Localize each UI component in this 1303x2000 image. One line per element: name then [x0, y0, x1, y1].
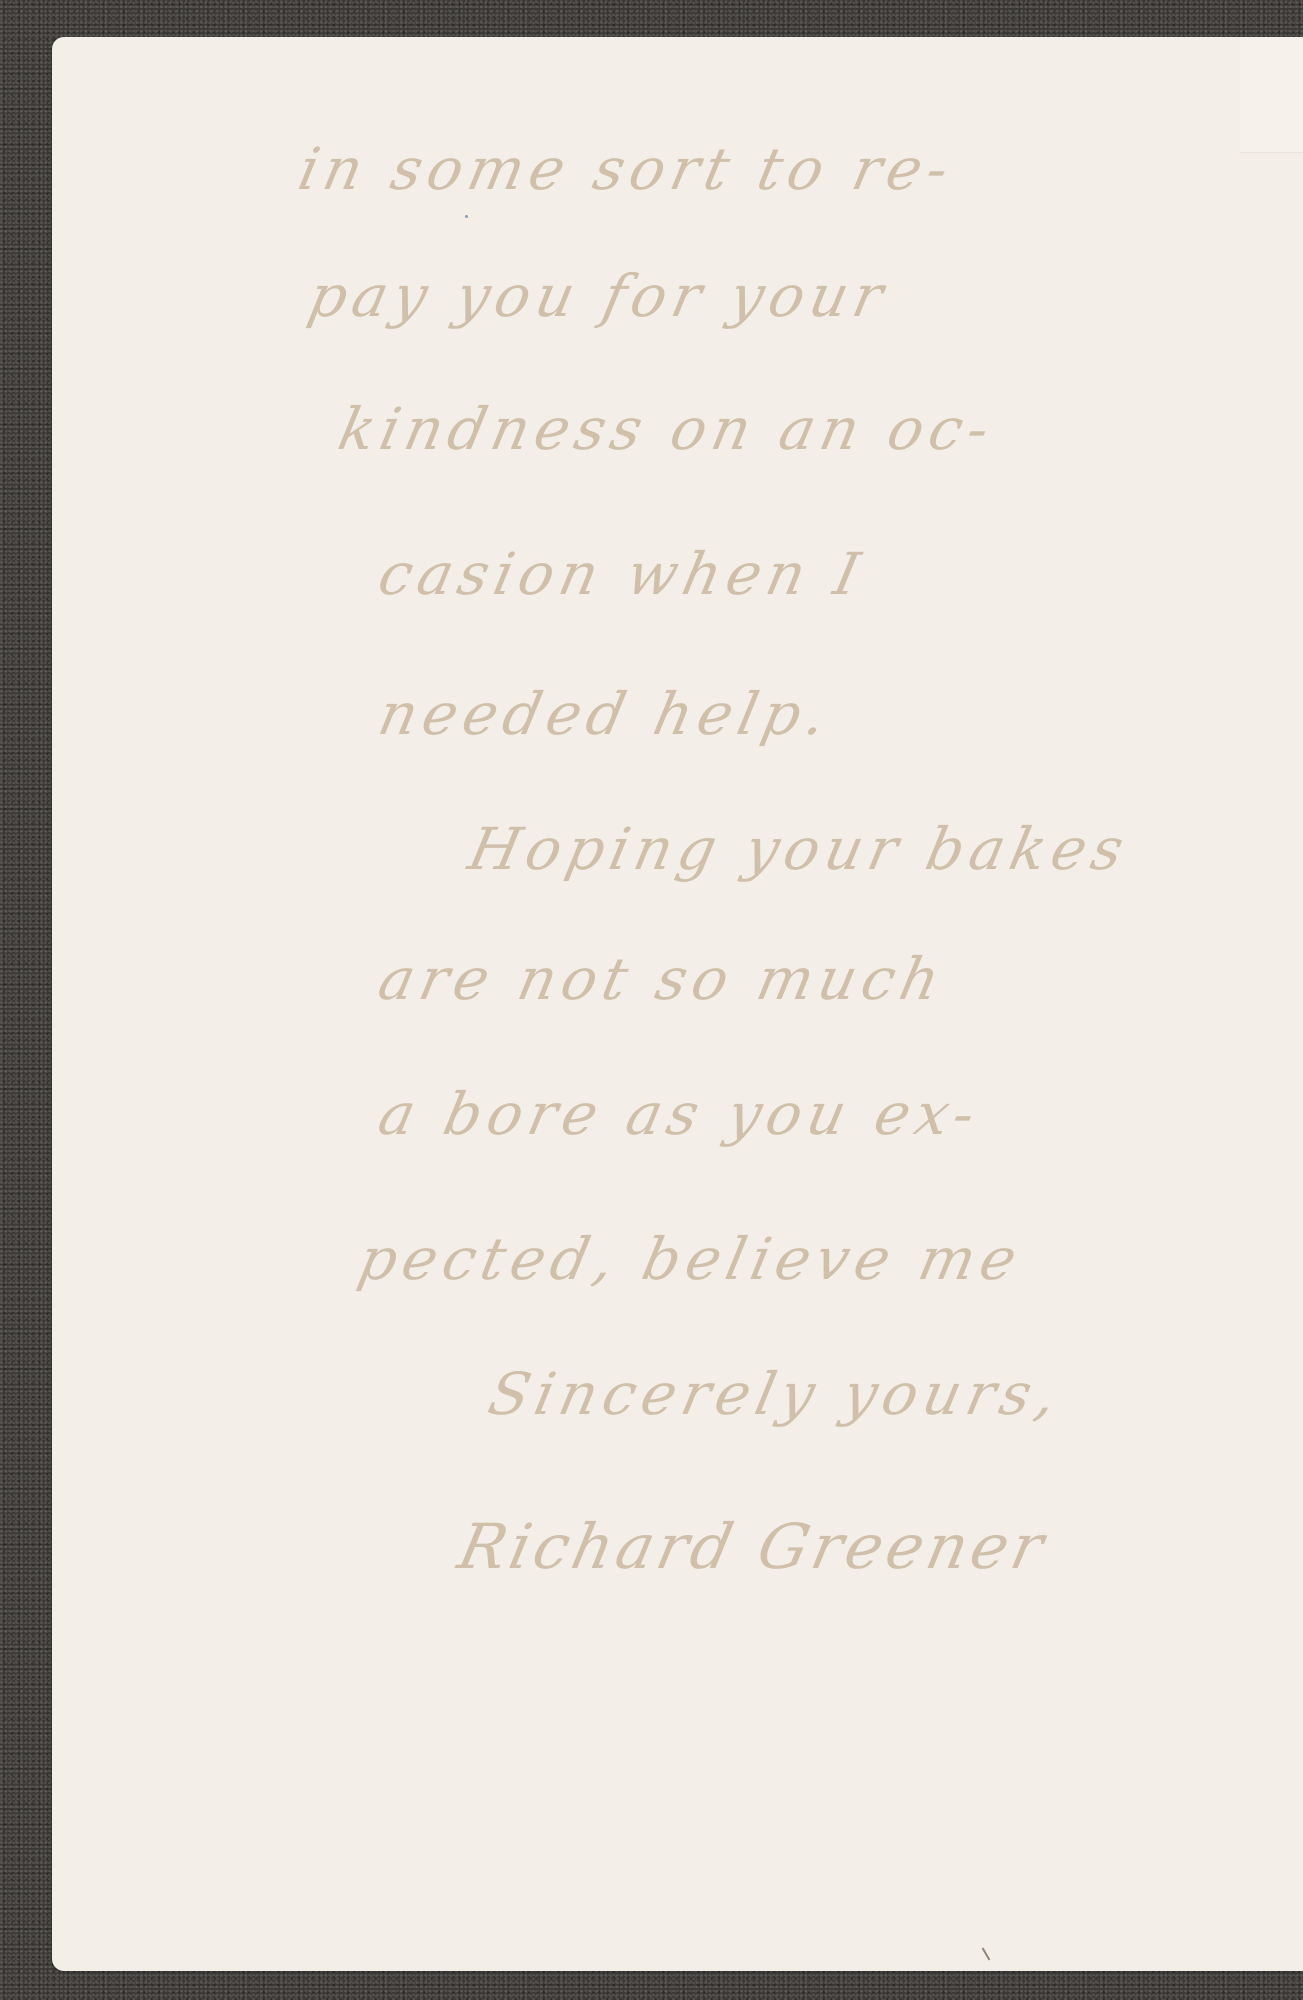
letter-line-7: are not so much [373, 945, 952, 1013]
letter-line-3: kindness on an oc- [333, 395, 1001, 463]
letter-line-5: needed help. [373, 680, 838, 748]
letter-line-6: Hoping your bakes [463, 815, 1136, 883]
letter-closing: Sincerely yours, [483, 1360, 1069, 1428]
letter-line-2: pay you for your [303, 262, 895, 330]
letter-line-1: in some sort to re- [293, 135, 961, 203]
letter-line-9: pected, believe me [353, 1225, 1029, 1293]
letter-line-8: a bore as you ex- [373, 1080, 987, 1148]
letter-line-4: casion when I [373, 540, 872, 608]
ink-speck [465, 215, 468, 218]
overlapping-paper-edge [1240, 37, 1303, 153]
letter-signature: Richard Greener [452, 1510, 1054, 1583]
